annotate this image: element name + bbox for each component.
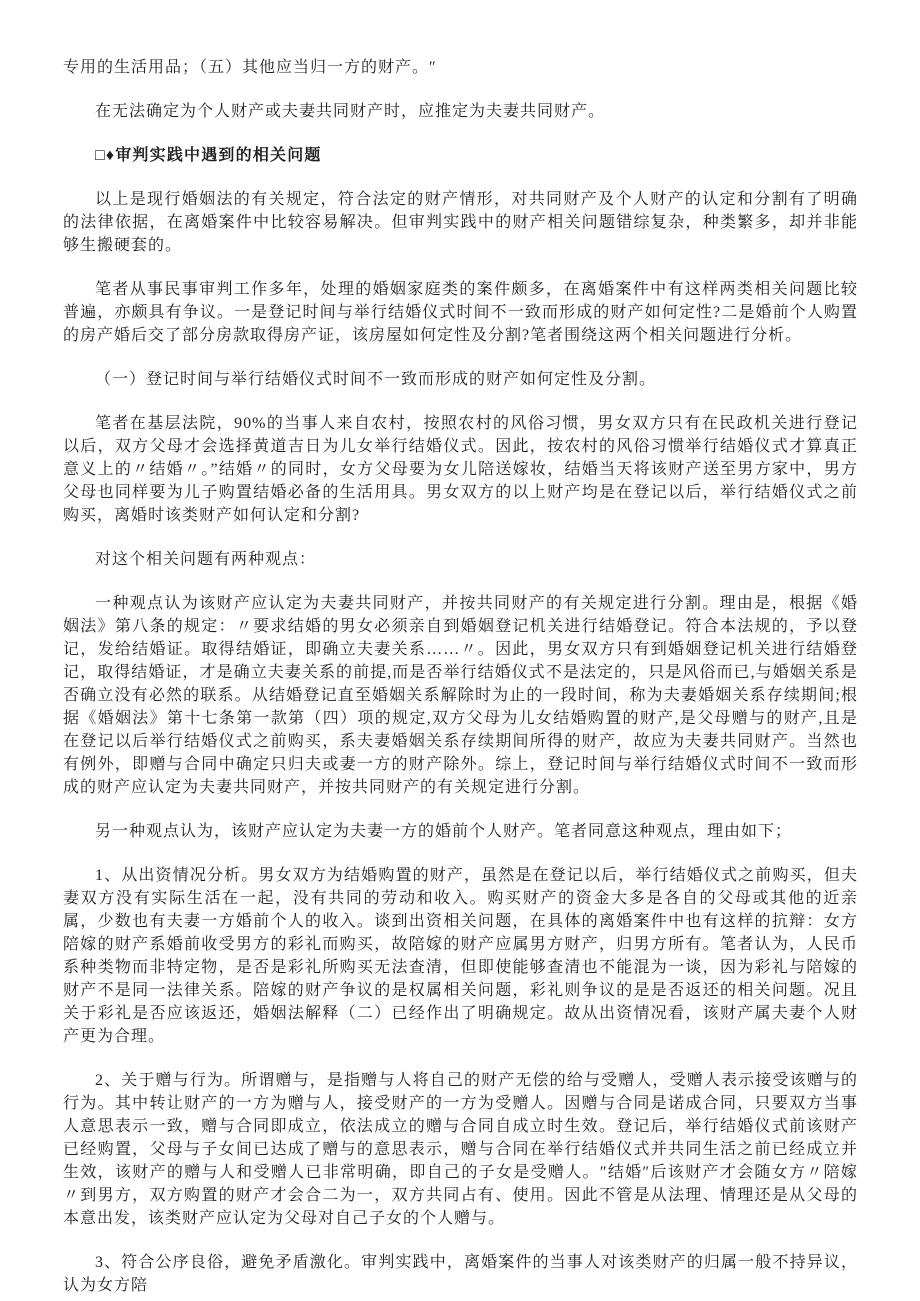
paragraph: 另一种观点认为，该财产应认定为夫妻一方的婚前个人财产。笔者同意这种观点，理由如下…	[63, 820, 858, 843]
document-page: 专用的生活用品；（五）其他应当归一方的财产。″ 在无法确定为个人财产或夫妻共同财…	[0, 0, 920, 1301]
paragraph: 对这个相关问题有两种观点：	[63, 548, 858, 571]
paragraph: 以上是现行婚姻法的有关规定，符合法定的财产情形，对共同财产及个人财产的认定和分割…	[63, 188, 858, 257]
paragraph-point-3: 3、符合公序良俗，避免矛盾激化。审判实践中，离婚案件的当事人对该类财产的归属一般…	[63, 1251, 858, 1297]
continuation-line: 专用的生活用品；（五）其他应当归一方的财产。″	[63, 56, 858, 79]
paragraph: 笔者从事民事审判工作多年，处理的婚姻家庭类的案件颇多，在离婚案件中有这样两类相关…	[63, 278, 858, 347]
paragraph: 一种观点认为该财产应认定为夫妻共同财产，并按共同财产的有关规定进行分割。理由是，…	[63, 592, 858, 799]
section-heading: □♦审判实践中遇到的相关问题	[63, 144, 858, 167]
paragraph: 笔者在基层法院，90%的当事人来自农村，按照农村的风俗习惯，男女双方只有在民政机…	[63, 412, 858, 527]
paragraph: 在无法确定为个人财产或夫妻共同财产时，应推定为夫妻共同财产。	[63, 100, 858, 123]
paragraph-point-1: 1、从出资情况分析。男女双方为结婚购置的财产，虽然是在登记以后，举行结婚仪式之前…	[63, 864, 858, 1048]
paragraph-point-2: 2、关于赠与行为。所谓赠与，是指赠与人将自己的财产无偿的给与受赠人，受赠人表示接…	[63, 1069, 858, 1230]
sub-heading: （一）登记时间与举行结婚仪式时间不一致而形成的财产如何定性及分割。	[63, 368, 858, 391]
